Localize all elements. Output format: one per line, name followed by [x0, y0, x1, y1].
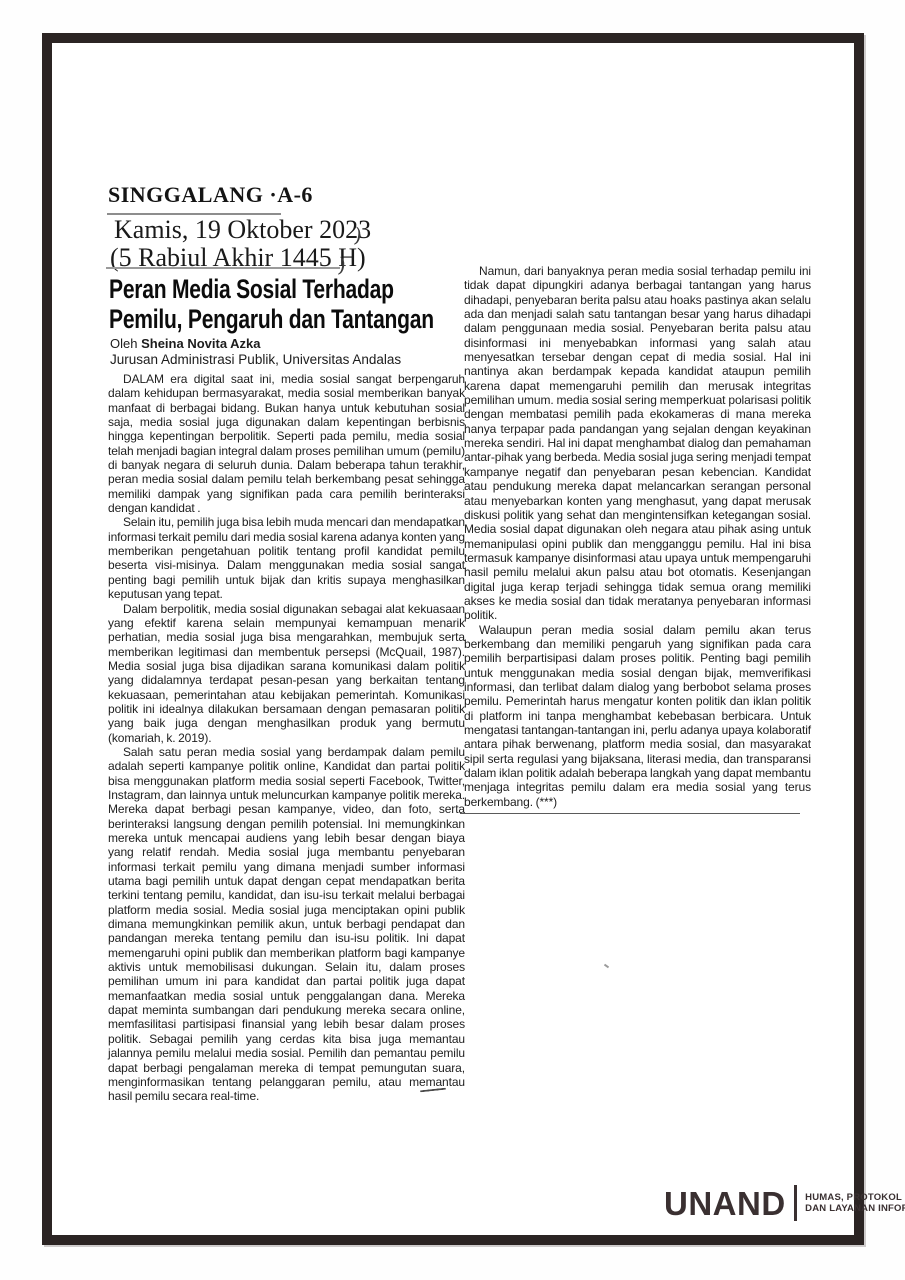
logo-divider: [794, 1185, 798, 1221]
date-underline: [106, 267, 340, 269]
article-paragraph: Walaupun peran media sosial dalam pemilu…: [464, 623, 811, 809]
article-column-1: DALAM era digital saat ini, media sosial…: [108, 372, 465, 1104]
logo-unit-name: HUMAS, PROTOKOL DAN LAYANAN INFORMASI PU…: [805, 1192, 905, 1215]
author-affiliation: Jurusan Administrasi Publik, Universitas…: [110, 352, 401, 367]
unand-logo: UNAND HUMAS, PROTOKOL DAN LAYANAN INFORM…: [664, 1185, 905, 1221]
logo-unit-line1: HUMAS, PROTOKOL: [805, 1192, 905, 1204]
article-end-rule: [460, 813, 800, 814]
pen-dot-mark: [604, 964, 609, 969]
unand-logotype: UNAND: [664, 1187, 786, 1220]
logo-unit-line2: DAN LAYANAN INFORMASI PUBLIK: [805, 1203, 905, 1215]
publication-date-hijri: (5 Rabiul Akhir 1445 H): [110, 243, 366, 273]
publication-date: Kamis, 19 Oktober 2023: [114, 215, 371, 245]
article-paragraph: Salah satu peran media sosial yang berda…: [108, 745, 465, 1104]
byline-prefix: Oleh: [110, 336, 141, 351]
article-column-2: Namun, dari banyaknya peran media sosial…: [464, 264, 811, 814]
author-name: Sheina Novita Azka: [141, 336, 260, 351]
clipping-paper: SINGGALANG ·A-6 Kamis, 19 Oktober 2023 (…: [52, 43, 854, 1235]
article-byline: Oleh Sheina Novita Azka: [110, 336, 261, 351]
scanned-clipping-page: SINGGALANG ·A-6 Kamis, 19 Oktober 2023 (…: [0, 0, 905, 1280]
clipping-frame-border: SINGGALANG ·A-6 Kamis, 19 Oktober 2023 (…: [42, 33, 864, 1245]
article-paragraph: DALAM era digital saat ini, media sosial…: [108, 372, 465, 515]
article-paragraph: Selain itu, pemilih juga bisa lebih muda…: [108, 515, 465, 601]
column-2-paragraphs: Namun, dari banyaknya peran media sosial…: [464, 264, 811, 809]
article-paragraph: Namun, dari banyaknya peran media sosial…: [464, 264, 811, 623]
newspaper-masthead: SINGGALANG ·A-6: [108, 182, 313, 208]
article-paragraph: Dalam berpolitik, media sosial digunakan…: [108, 602, 465, 745]
